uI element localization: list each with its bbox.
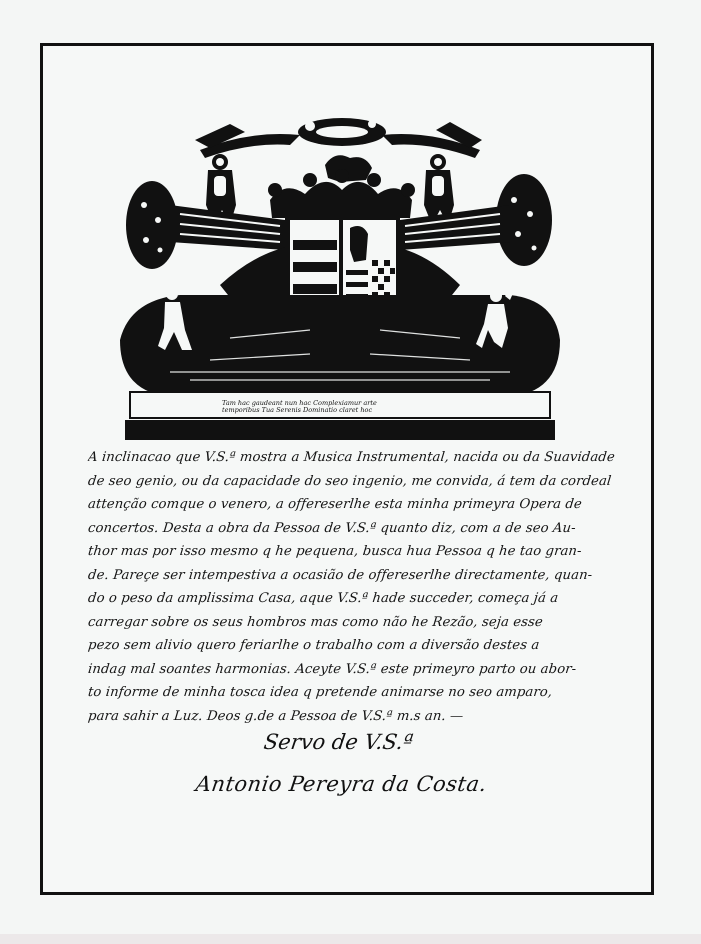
letter-line-9: pezo sem alivio quero feriarlhe o trabal… — [87, 634, 629, 658]
letter-line-5: thor mas por isso mesmo q he pequena, bu… — [87, 540, 629, 564]
letter-line-7: do o peso da amplissima Casa, aque V.S.ª… — [87, 587, 629, 611]
letter-body: A inclinacao que V.S.ª mostra a Musica I… — [88, 446, 628, 728]
letter-closing: Servo de V.S.ª — [262, 730, 414, 754]
letter-line-10: indag mal soantes harmonias. Aceyte V.S.… — [87, 658, 629, 682]
letter-line-1: A inclinacao que V.S.ª mostra a Musica I… — [87, 446, 629, 470]
coat-of-arms-engraving — [110, 110, 570, 445]
letter-line-2: de seo genio, ou da capacidade do seo in… — [87, 470, 629, 494]
letter-line-3: attenção comque o venero, a offereserlhe… — [87, 493, 629, 517]
scan-bottom-strip — [0, 934, 701, 944]
letter-line-12: para sahir a Luz. Deos g.de a Pessoa de … — [87, 705, 629, 729]
garland-icon — [298, 118, 386, 146]
letter-signature: Antonio Pereyra da Costa. — [194, 772, 488, 796]
motto-line-2: temporibus Tua Serenis Dominatio claret … — [222, 407, 482, 414]
letter-line-6: de. Pareçe ser intempestiva a ocasião de… — [87, 564, 629, 588]
letter-line-8: carregar sobre os seus hombros mas como … — [87, 611, 629, 635]
letter-line-11: to informe de minha tosca idea q pretend… — [87, 681, 629, 705]
letter-line-4: concertos. Desta a obra da Pessoa de V.S… — [87, 517, 629, 541]
crest-motto: Tam hac gaudeant nun hac Complexiamur ar… — [222, 400, 482, 414]
